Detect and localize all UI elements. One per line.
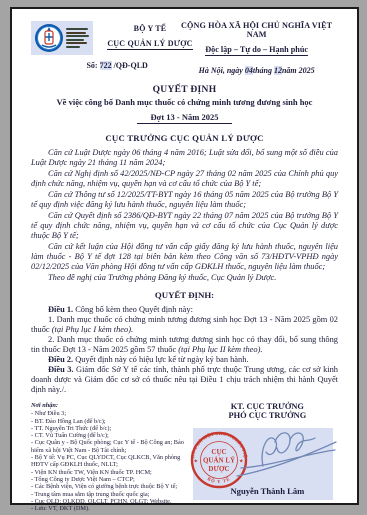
document-footer: Nơi nhận: - Như Điều 3; - BT. Đào Hồng L…	[31, 402, 338, 512]
svg-text:★: ★	[193, 459, 198, 465]
recipient-item: - Bộ Y tế: Vụ PC, Cục QLYDCT, Cục QLKCB,…	[31, 454, 197, 469]
drug-administration-logo-icon	[34, 23, 64, 53]
article-paragraph: 1. Danh mục thuốc có chứng minh tương đư…	[31, 315, 338, 335]
stamp-center-line1: CỤC	[211, 448, 226, 456]
recipient-item: - Lưu: VT, ĐKT (DM).	[31, 505, 197, 512]
recipients-heading: Nơi nhận:	[31, 402, 197, 409]
stamp-center-line2: QUẢN LÝ	[203, 457, 235, 465]
document-type-title: QUYẾT ĐỊNH	[31, 85, 338, 95]
number-label: Số:	[86, 61, 97, 70]
document-viewer-frame: BỘ Y TẾ CỤC QUẢN LÝ DƯỢC Số: 722 /QĐ-QLD…	[0, 0, 367, 515]
recipient-item: - Cục QLD: QLKDD, QLCLT, PCHN, QLGT; Web…	[31, 498, 197, 505]
article-text: Quyết định này có hiệu lực kể từ ngày ký…	[73, 355, 248, 364]
document-subject: Về việc công bố Danh mục thuốc có chứng …	[31, 97, 338, 107]
articles-section: Điều 1. Công bố kèm theo Quyết định này:…	[31, 305, 338, 395]
recital-paragraph: Căn cứ kết luận của Hội đồng tư vấn cấp …	[31, 242, 338, 272]
recipient-item: - Các Bệnh viện, Viện có giường bệnh trự…	[31, 483, 197, 490]
stamp-center-line3: DƯỢC	[208, 465, 229, 473]
document-header: BỘ Y TẾ CỤC QUẢN LÝ DƯỢC Số: 722 /QĐ-QLD…	[31, 21, 338, 75]
date-suffix: năm 2025	[282, 66, 315, 75]
date-prefix: Hà Nội, ngày	[199, 66, 245, 75]
article-paragraph: Điều 1. Công bố kèm theo Quyết định này:	[31, 305, 338, 315]
date-mid: tháng	[253, 66, 274, 75]
recipient-item: - Viện KN thuốc TW, Viện KN thuốc TP. HC…	[31, 469, 197, 476]
department-name: CỤC QUẢN LÝ DƯỢC	[107, 39, 192, 50]
recipient-item: - Tổng Công ty Dược Việt Nam – CTCP;	[31, 476, 197, 483]
article-note: (tại Phụ lục I kèm theo).	[52, 325, 133, 334]
recital-paragraph: Căn cứ Luật Dược ngày 06 tháng 4 năm 201…	[31, 148, 338, 168]
logo-area: BỘ Y TẾ CỤC QUẢN LÝ DƯỢC	[31, 21, 175, 55]
recipient-item: - TT. Nguyễn Tri Thức (để b/c);	[31, 425, 197, 432]
recital-paragraph: Căn cứ Nghị định số 42/2025/NĐ-CP ngày 2…	[31, 169, 338, 189]
issuing-organization: BỘ Y TẾ CỤC QUẢN LÝ DƯỢC	[95, 24, 205, 51]
date-day-highlighted: 04	[245, 66, 253, 75]
article-label: Điều 3.	[48, 365, 74, 374]
signer-name: Nguyễn Thành Lâm	[197, 486, 338, 496]
signer-title-line: PHÓ CỤC TRƯỞNG	[197, 411, 338, 420]
article-paragraph: Điều 2. Quyết định này có hiệu lực kể từ…	[31, 355, 338, 365]
number-suffix: /QĐ-QLD	[114, 61, 148, 70]
stamp-ring-bottom-text: BỘ Y TẾ	[206, 476, 231, 484]
document-batch: Đợt 13 - Năm 2025	[137, 112, 233, 124]
svg-text:BỘ Y TẾ: BỘ Y TẾ	[206, 476, 231, 484]
ministry-name: BỘ Y TẾ	[95, 24, 205, 33]
recital-paragraph: Căn cứ Thông tư số 12/2025/TT-BYT ngày 1…	[31, 190, 338, 210]
article-note: (tại Phụ lục II kèm theo).	[178, 345, 262, 354]
issuing-authority-title: CỤC TRƯỞNG CỤC QUẢN LÝ DƯỢC	[31, 133, 338, 143]
title-block: QUYẾT ĐỊNH Về việc công bố Danh mục thuố…	[31, 85, 338, 125]
decision-heading: QUYẾT ĐỊNH:	[31, 290, 338, 300]
date-month-highlighted: 12	[274, 66, 282, 75]
recipient-item: - BT. Đào Hồng Lan (để b/c);	[31, 418, 197, 425]
article-paragraph: 2. Danh mục thuốc có chứng minh tương đư…	[31, 335, 338, 355]
document-content: BỘ Y TẾ CỤC QUẢN LÝ DƯỢC Số: 722 /QĐ-QLD…	[12, 9, 357, 503]
document-page: BỘ Y TẾ CỤC QUẢN LÝ DƯỢC Số: 722 /QĐ-QLD…	[10, 7, 359, 505]
article-paragraph: Điều 3. Giám đốc Sở Y tế các tỉnh, thành…	[31, 365, 338, 395]
recital-paragraph: Căn cứ Quyết định số 2386/QĐ-BYT ngày 22…	[31, 211, 338, 241]
digital-signature-info	[66, 28, 90, 48]
date-line: Hà Nội, ngày 04tháng 12năm 2025	[175, 66, 338, 75]
article-label: Điều 2.	[48, 355, 73, 364]
article-text: Giám đốc Sở Y tế các tỉnh, thành phố trự…	[31, 365, 338, 394]
recipients-list: Nơi nhận: - Như Điều 3; - BT. Đào Hồng L…	[31, 402, 197, 512]
digital-signature-highlight	[31, 21, 93, 55]
legal-basis-section: Căn cứ Luật Dược ngày 06 tháng 4 năm 201…	[31, 148, 338, 283]
recipient-item: - Trung tâm mua sắm tập trung thuốc quốc…	[31, 491, 197, 498]
number-value-highlighted: 722	[100, 61, 112, 70]
header-left: BỘ Y TẾ CỤC QUẢN LÝ DƯỢC Số: 722 /QĐ-QLD	[31, 21, 175, 75]
national-motto-line2: Độc lập – Tự do – Hạnh phúc	[205, 45, 308, 56]
recipient-item: - CT. Vũ Tuấn Cường (để b/c);	[31, 432, 197, 439]
recipient-item: - Cục Quân y - Bộ Quốc phòng; Cục Y tế -…	[31, 439, 197, 454]
handwritten-signature	[235, 428, 339, 485]
document-number-line: Số: 722 /QĐ-QLD	[59, 61, 175, 70]
article-label: Điều 1.	[48, 305, 73, 314]
recipient-item: - Như Điều 3;	[31, 410, 197, 417]
article-text: Công bố kèm theo Quyết định này:	[73, 305, 193, 314]
signer-authority-line: KT. CỤC TRƯỞNG	[197, 402, 338, 411]
recital-paragraph: Theo đề nghị của Trưởng phòng Đăng ký th…	[31, 273, 338, 283]
signature-block: KT. CỤC TRƯỞNG PHÓ CỤC TRƯỞNG	[197, 402, 338, 512]
